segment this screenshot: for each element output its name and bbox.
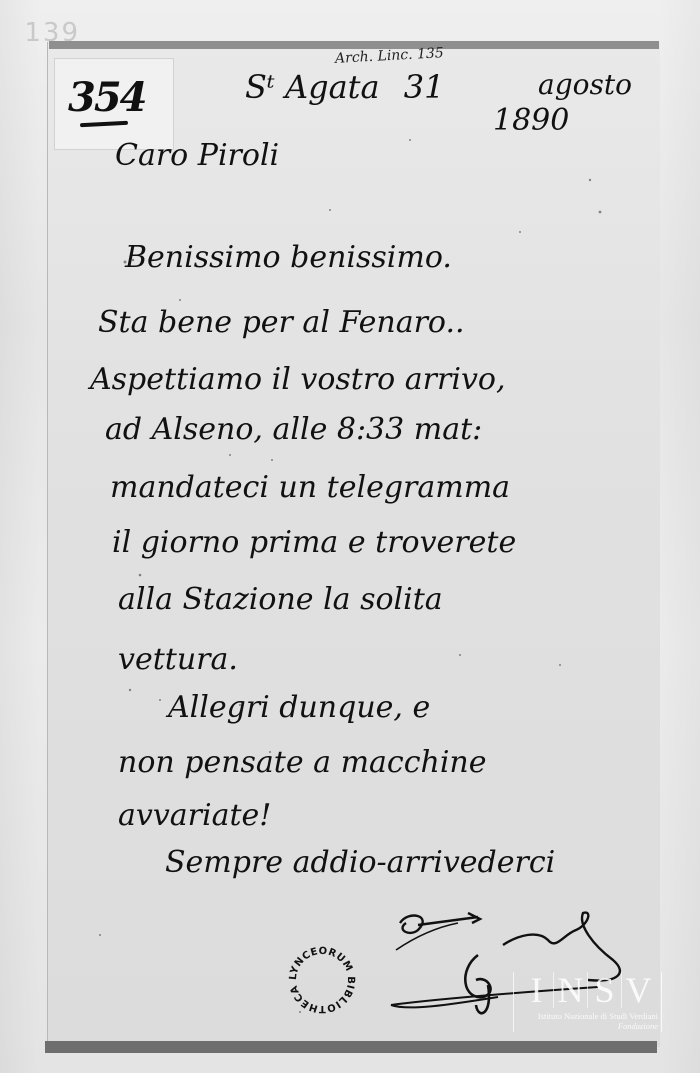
letter-year: 1890 — [493, 103, 569, 138]
library-stamp: LYNCEORUM BIBLIOTHECA — [286, 944, 358, 1016]
insv-watermark: I N S V Istituto Nazionale di Studi Verd… — [513, 972, 662, 1032]
letter-salutation: Caro Piroli — [115, 138, 279, 173]
body-line: non pensate a macchine — [118, 745, 487, 780]
body-line: Aspettiamo il vostro arrivo, — [90, 362, 506, 397]
body-line: alla Stazione la solita — [118, 582, 443, 617]
top-edge-band — [49, 41, 659, 49]
body-line: il giorno prima e troverete — [112, 525, 516, 560]
body-line: Sta bene per al Fenaro.. — [98, 305, 465, 340]
insv-letter: V — [622, 972, 655, 1008]
stamp-text: LYNCEORUM BIBLIOTHECA — [288, 946, 356, 1014]
letter-day: 31 — [404, 68, 445, 106]
insv-letter: S — [588, 972, 622, 1008]
svg-text:LYNCEORUM BIBLIOTHECA: LYNCEORUM BIBLIOTHECA — [288, 946, 356, 1014]
folio-number: 354 — [68, 74, 146, 121]
body-line: avvariate! — [118, 798, 271, 833]
body-line: ad Alseno, alle 8:33 mat: — [105, 412, 482, 447]
bottom-edge-band — [45, 1041, 657, 1053]
body-line: Benissimo benissimo. — [125, 240, 452, 275]
body-line: Allegri dunque, e — [168, 690, 430, 725]
insv-letters: I N S V — [514, 972, 661, 1008]
body-line: vettura. — [118, 642, 238, 677]
body-line: mandateci un telegramma — [110, 470, 510, 505]
insv-name: Istituto Nazionale di Studi Verdiani — [514, 1011, 661, 1021]
insv-letter: I — [520, 972, 554, 1008]
body-line: Sempre addio-arrivederci — [165, 845, 555, 880]
letter-month: agosto — [538, 68, 632, 101]
letter-place-day: Sᵗ Agata 31 — [245, 68, 444, 106]
insv-subtitle: Fondazione — [514, 1021, 661, 1031]
insv-letter: N — [554, 972, 588, 1008]
letter-place: Sᵗ Agata — [245, 68, 380, 106]
